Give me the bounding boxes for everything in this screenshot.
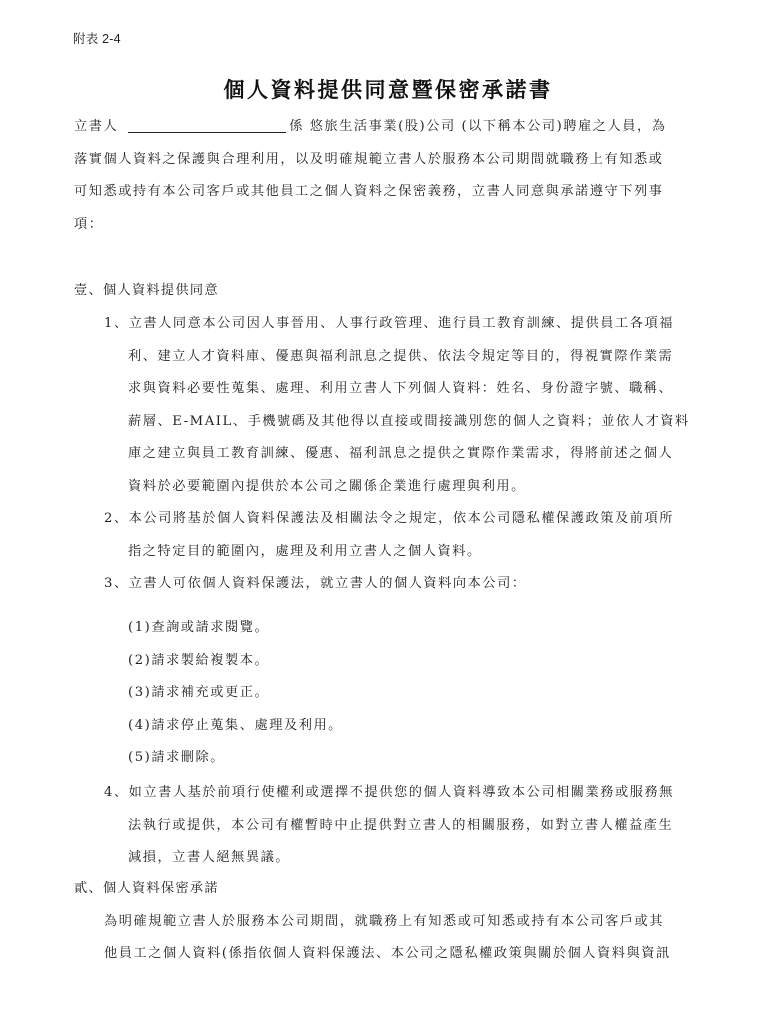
intro-line-3: 可知悉或持有本公司客戶或其他員工之個人資料之保密義務，立書人同意與承諾遵守下列事 <box>74 183 664 201</box>
item-1-line-2: 利、建立人才資料庫、優惠與福利訊息之提供、依法令規定等目的，得視實際作業需 <box>128 348 673 366</box>
item-1-line-6: 資料於必要範圍內提供於本公司之關係企業進行處理與利用。 <box>128 478 526 496</box>
intro-text: 係 悠旅生活事業(股)公司 (以下稱本公司)聘雇之人員，為 <box>289 119 666 134</box>
item-1-line-5: 庫之建立與員工教育訓練、優惠、福利訊息之提供之實際作業需求，得將前述之個人 <box>128 445 673 463</box>
item-2-line-2: 指之特定目的範圍內，處理及利用立書人之個人資料。 <box>128 543 482 561</box>
item-3-line-1: 3、立書人可依個人資料保護法，就立書人的個人資料向本公司： <box>104 575 527 593</box>
signer-name-field[interactable] <box>128 118 286 133</box>
item-1-line-1: 1、立書人同意本公司因人事晉用、人事行政管理、進行員工教育訓練、提供員工各項福 <box>104 315 674 333</box>
right-item-4: (4)請求停止蒐集、處理及利用。 <box>128 717 343 735</box>
right-item-2: (2)請求製給複製本。 <box>128 652 269 670</box>
item-1-line-3: 求與資料必要性蒐集、處理、利用立書人下列個人資料：姓名、身份證字號、職稱、 <box>128 380 673 398</box>
intro-line-4: 項： <box>74 216 103 234</box>
right-item-1: (1)查詢或請求閱覽。 <box>128 619 269 637</box>
section-2-line-1: 為明確規範立書人於服務本公司期間，就職務上有知悉或可知悉或持有本公司客戶或其 <box>104 913 664 931</box>
annex-label: 附表 2-4 <box>73 29 121 47</box>
document-page: 附表 2-4 個人資料提供同意暨保密承諾書 立書人係 悠旅生活事業(股)公司 (… <box>0 0 768 1024</box>
intro-line-2: 落實個人資料之保護與合理利用，以及明確規範立書人於服務本公司期間就職務上有知悉或 <box>74 151 664 169</box>
right-item-5: (5)請求刪除。 <box>128 749 225 767</box>
intro-line-1: 立書人係 悠旅生活事業(股)公司 (以下稱本公司)聘雇之人員，為 <box>74 118 666 136</box>
item-4-line-3: 減損，立書人絕無異議。 <box>128 849 290 867</box>
document-title: 個人資料提供同意暨保密承諾書 <box>0 74 768 104</box>
section-2-heading: 貳、個人資料保密承諾 <box>74 880 219 898</box>
right-item-3: (3)請求補充或更正。 <box>128 684 269 702</box>
item-1-line-4: 薪層、E-MAIL、手機號碼及其他得以直接或間接識別您的個人之資料；並依人才資料 <box>128 413 690 431</box>
item-2-line-1: 2、本公司將基於個人資料保護法及相關法令之規定，依本公司隱私權保護政策及前項所 <box>104 510 674 528</box>
item-4-line-2: 法執行或提供，本公司有權暫時中止提供對立書人的相關服務，如對立書人權益產生 <box>128 817 673 835</box>
signer-label: 立書人 <box>74 119 118 134</box>
section-2-line-2: 他員工之個人資料(係指依個人資料保護法、本公司之隱私權政策與關於個人資料與資訊 <box>104 945 671 963</box>
item-4-line-1: 4、如立書人基於前項行使權利或選擇不提供您的個人資料導致本公司相關業務或服務無 <box>104 784 674 802</box>
section-1-heading: 壹、個人資料提供同意 <box>74 282 219 300</box>
